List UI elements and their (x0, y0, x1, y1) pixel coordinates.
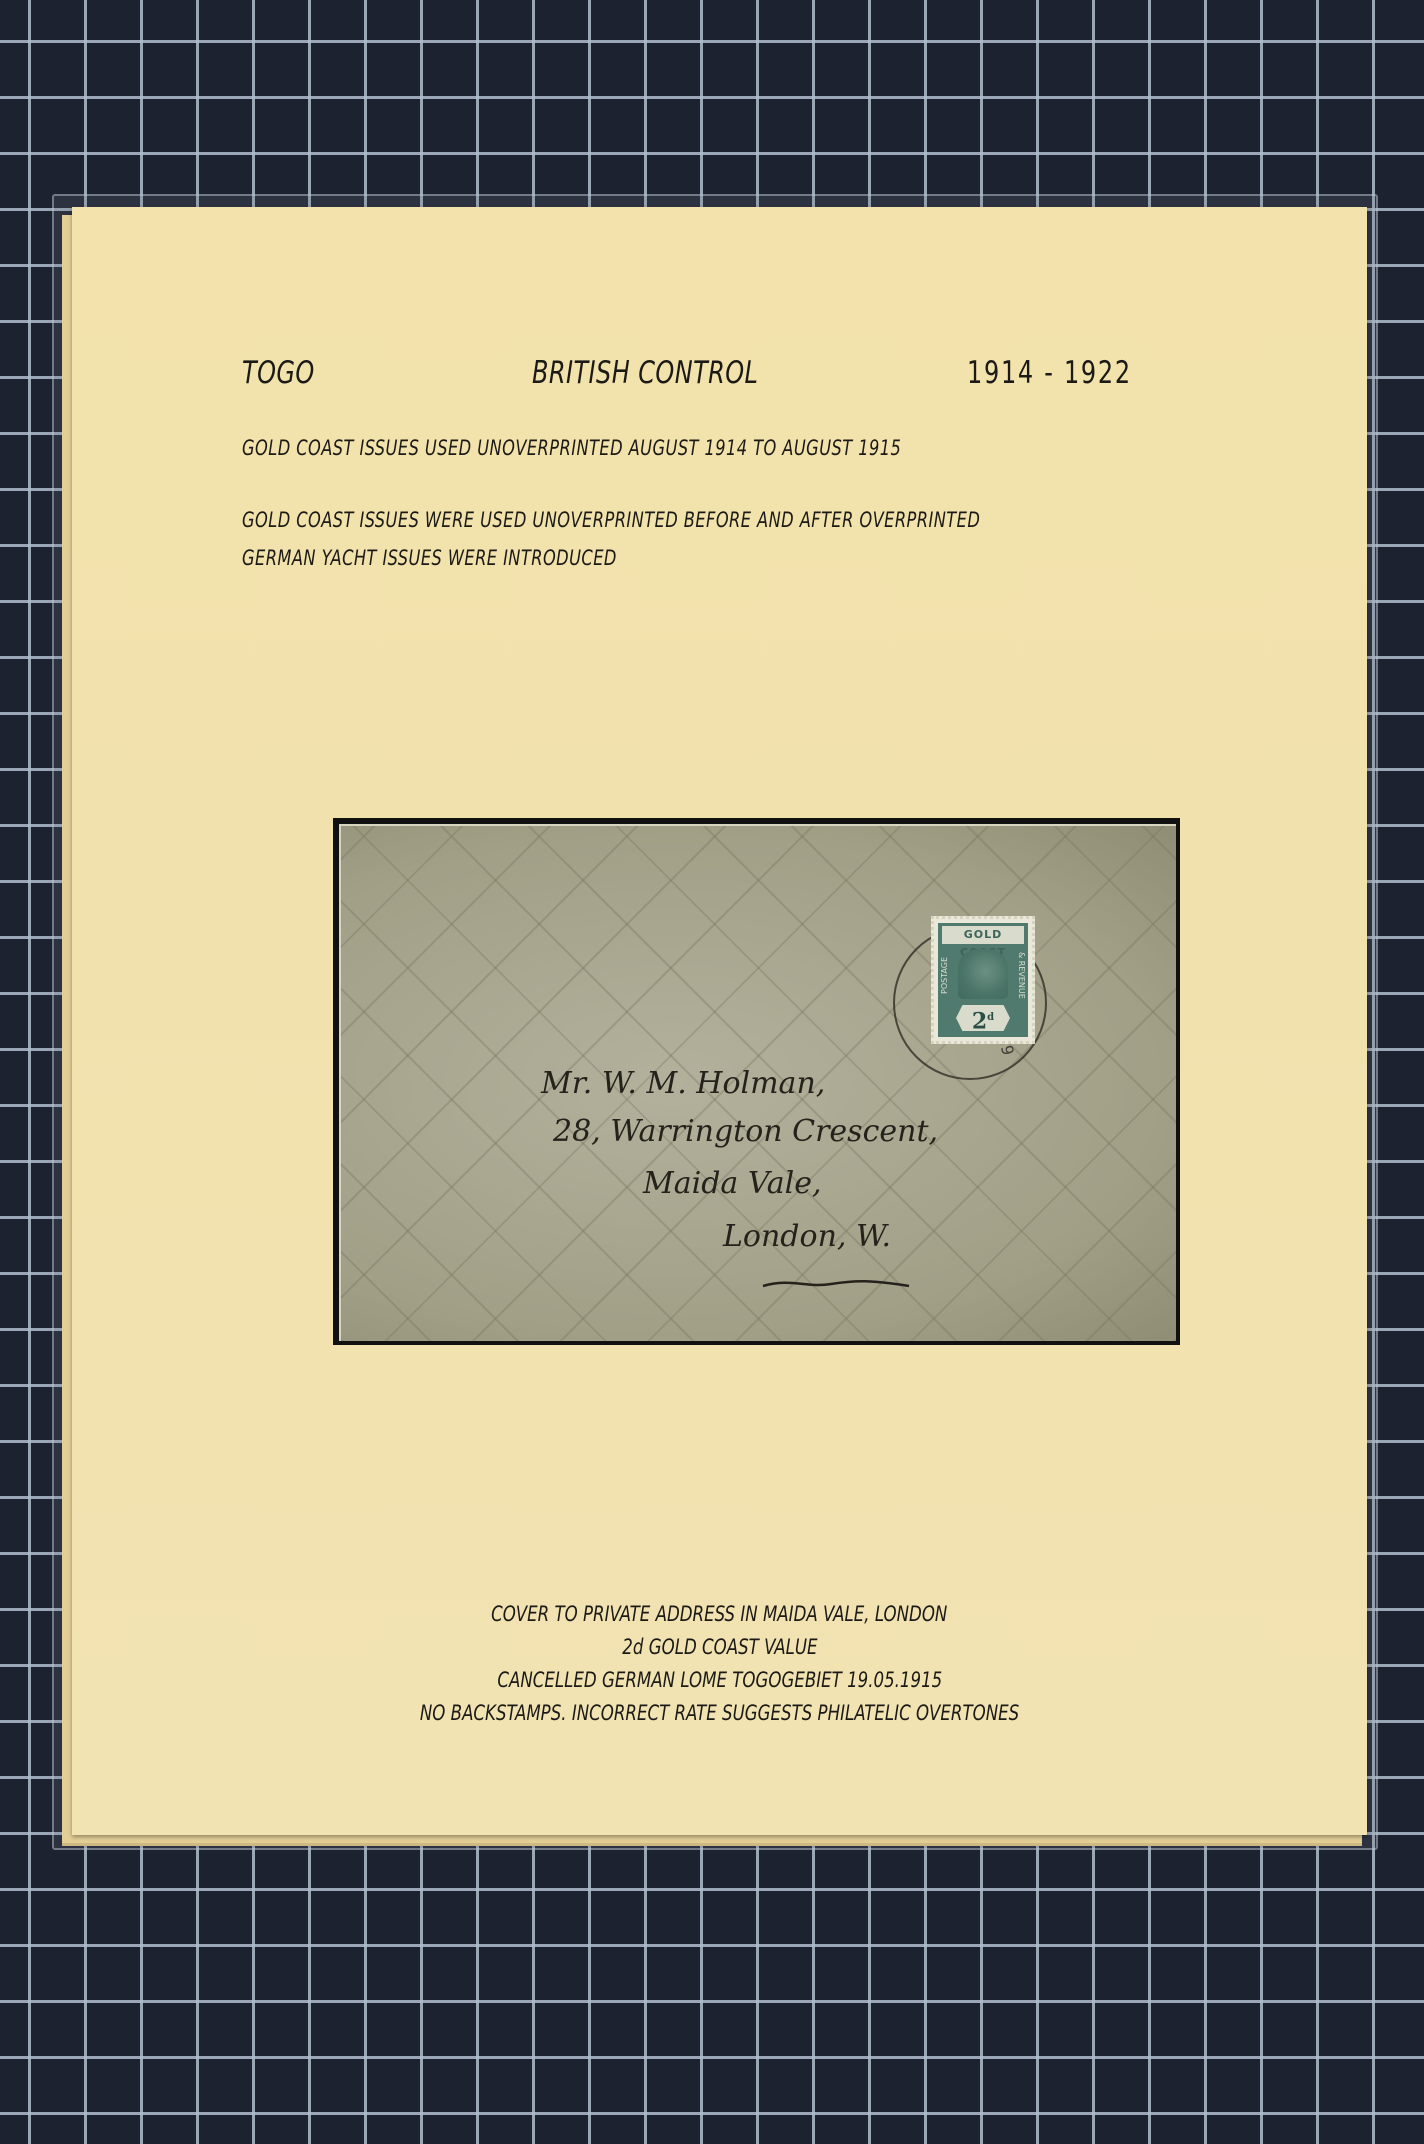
stamp-top-text: GOLD COAST (942, 926, 1024, 944)
header-country: TOGO (242, 355, 315, 391)
envelope-cover: TOGOGEB 19 5 15 GOLD COAST POSTAGE & REV… (339, 824, 1176, 1341)
header-years: 1914 - 1922 (967, 355, 1132, 391)
note-line-3: GERMAN YACHT ISSUES WERE INTRODUCED (242, 546, 617, 570)
note-line-2: GOLD COAST ISSUES WERE USED UNOVERPRINTE… (242, 508, 980, 532)
king-portrait-icon (958, 949, 1008, 999)
stamp-left-text: POSTAGE (940, 949, 952, 1001)
address-line-3: Maida Vale, (643, 1166, 822, 1201)
note-line-1: GOLD COAST ISSUES USED UNOVERPRINTED AUG… (242, 436, 901, 460)
stamp-right-text: & REVENUE (1014, 949, 1026, 1001)
address-line-2: 28, Warrington Crescent, (553, 1114, 938, 1149)
address-line-4: London, W. (723, 1219, 891, 1254)
caption-line-1: COVER TO PRIVATE ADDRESS IN MAIDA VALE, … (72, 1602, 1367, 1626)
caption-line-2: 2d GOLD COAST VALUE (72, 1635, 1367, 1659)
gold-coast-2d-stamp: GOLD COAST POSTAGE & REVENUE 2d (931, 916, 1035, 1044)
header-title: BRITISH CONTROL (532, 355, 758, 391)
caption-line-3: CANCELLED GERMAN LOME TOGOGEBIET 19.05.1… (72, 1668, 1367, 1692)
address-line-1: Mr. W. M. Holman, (541, 1066, 825, 1101)
cover-mount: TOGOGEB 19 5 15 GOLD COAST POSTAGE & REV… (333, 818, 1180, 1345)
underline-flourish-icon (761, 1274, 911, 1294)
stamp-value: 2d (956, 1005, 1010, 1031)
album-page: TOGO BRITISH CONTROL 1914 - 1922 GOLD CO… (72, 207, 1367, 1835)
caption-line-4: NO BACKSTAMPS. INCORRECT RATE SUGGESTS P… (72, 1701, 1367, 1725)
